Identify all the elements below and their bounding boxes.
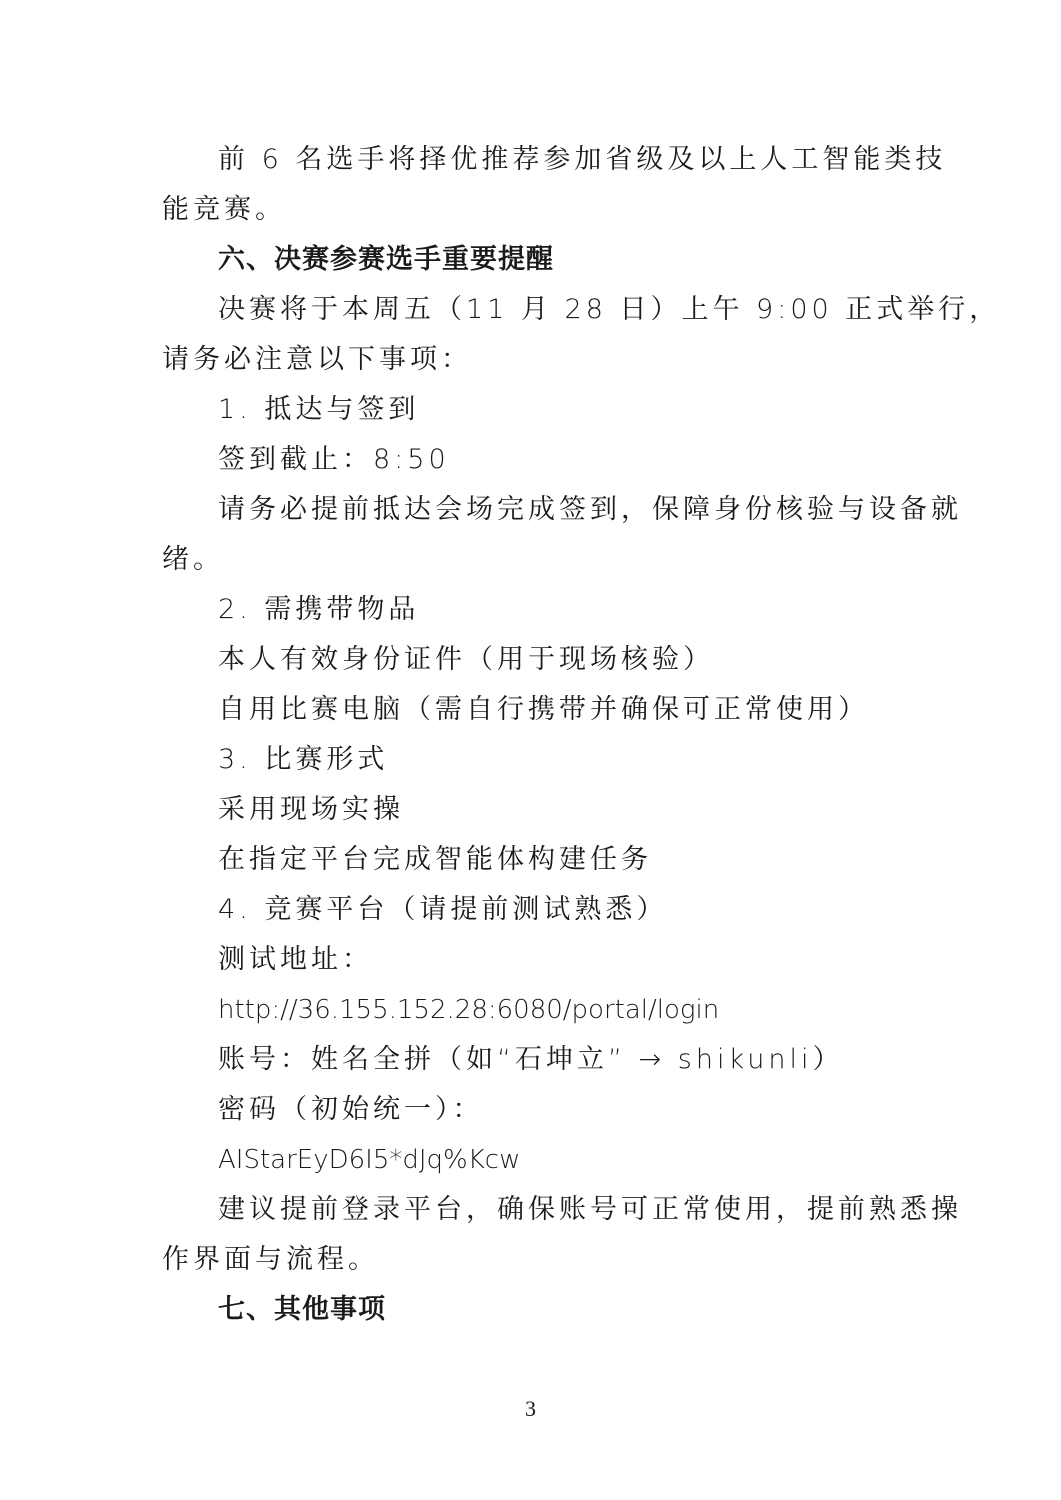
paragraph-line: 建议提前登录平台，确保账号可正常使用，提前熟悉操 bbox=[218, 1192, 962, 1228]
section-heading-seven: 七、其他事项 bbox=[218, 1292, 386, 1328]
list-item-heading: 4. 竞赛平台（请提前测试熟悉） bbox=[218, 892, 667, 928]
paragraph-line: 请务必提前抵达会场完成签到，保障身份核验与设备就 bbox=[218, 492, 962, 528]
list-item-heading: 3. 比赛形式 bbox=[218, 742, 388, 778]
list-item-heading: 2. 需携带物品 bbox=[218, 592, 419, 628]
paragraph-line: 请务必注意以下事项： bbox=[162, 342, 472, 378]
paragraph-line: 自用比赛电脑（需自行携带并确保可正常使用） bbox=[218, 692, 869, 728]
section-heading-six: 六、决赛参赛选手重要提醒 bbox=[218, 242, 554, 278]
paragraph-line: 前 6 名选手将择优推荐参加省级及以上人工智能类技 bbox=[218, 142, 946, 178]
paragraph-line: 密码（初始统一）： bbox=[218, 1092, 484, 1128]
paragraph-line: 作界面与流程。 bbox=[162, 1242, 379, 1278]
paragraph-line: 采用现场实操 bbox=[218, 792, 404, 828]
paragraph-line: 能竞赛。 bbox=[162, 192, 286, 228]
list-item-heading: 1. 抵达与签到 bbox=[218, 392, 419, 428]
paragraph-line: 本人有效身份证件（用于现场核验） bbox=[218, 642, 714, 678]
paragraph-line: 在指定平台完成智能体构建任务 bbox=[218, 842, 652, 878]
document-page: 前 6 名选手将择优推荐参加省级及以上人工智能类技 能竞赛。 六、决赛参赛选手重… bbox=[0, 0, 1061, 1500]
paragraph-line: 签到截止：8:50 bbox=[218, 442, 450, 478]
account-line: 账号：姓名全拼（如“石坤立” → shikunli） bbox=[218, 1042, 843, 1078]
paragraph-line: 绪。 bbox=[162, 542, 224, 578]
password-value: AIStarEyD6I5*dJq%Kcw bbox=[218, 1142, 520, 1178]
paragraph-line: 决赛将于本周五（11 月 28 日）上午 9:00 正式举行， bbox=[218, 292, 1000, 328]
test-url: http://36.155.152.28:6080/portal/login bbox=[218, 992, 719, 1028]
paragraph-line: 测试地址： bbox=[218, 942, 373, 978]
page-number: 3 bbox=[0, 1396, 1061, 1422]
